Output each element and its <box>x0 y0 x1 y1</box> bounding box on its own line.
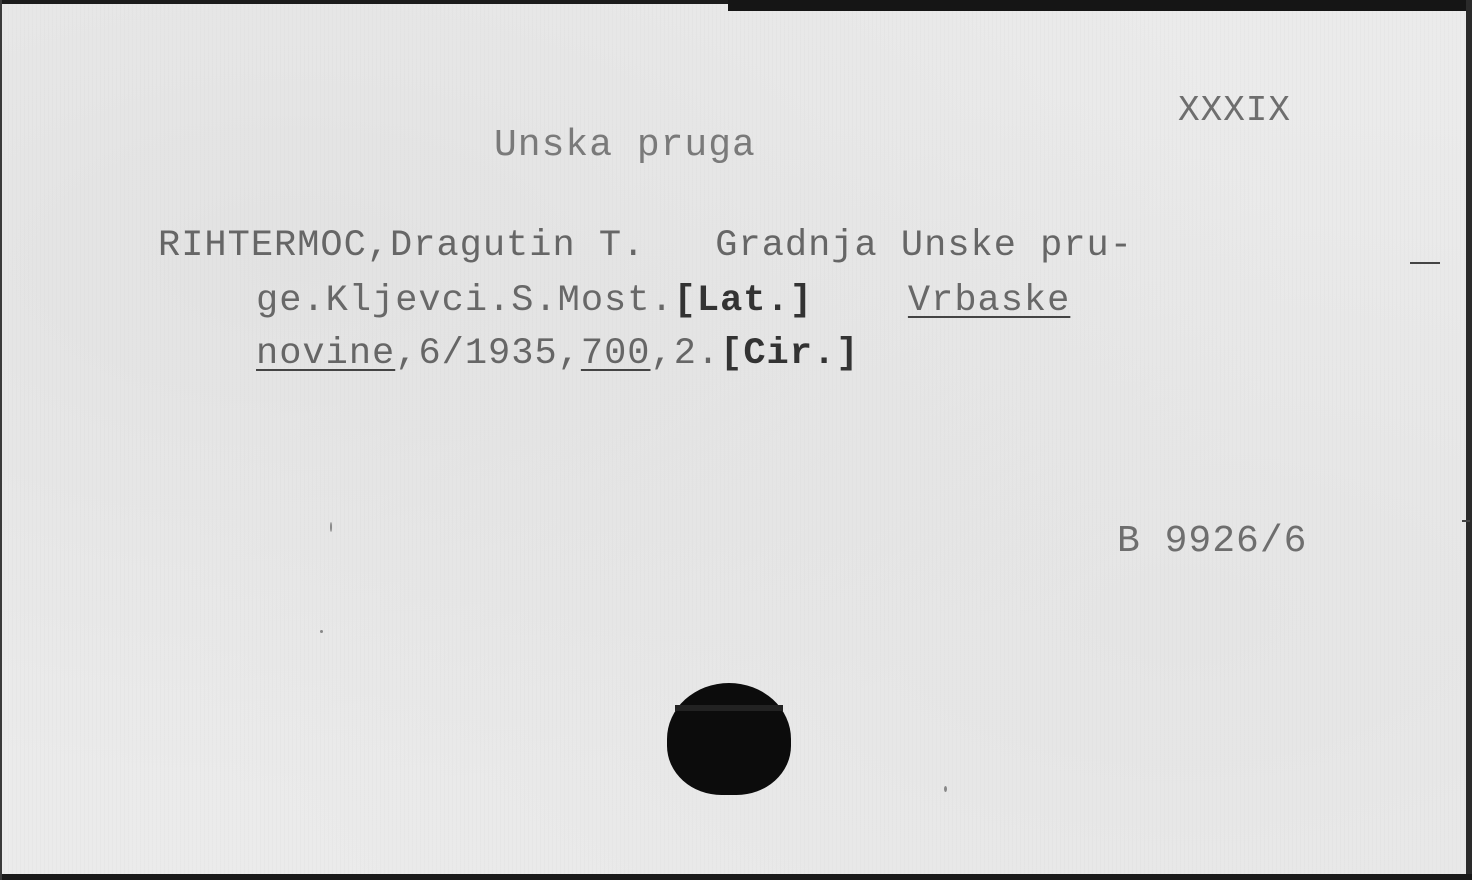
scan-border-left <box>0 0 2 880</box>
issue-year: ,6/1935, <box>395 333 581 375</box>
entry-line-3: novine,6/1935,700,2.[Cir.] <box>256 333 859 375</box>
title-part-2: ge.Kljevci.S.Most. <box>256 280 674 322</box>
script-note-cyrillic: [Cir.] <box>720 333 859 375</box>
scan-border-top-right <box>728 0 1472 11</box>
catalog-card: Unska pruga XXXIX RIHTERMOC,Dragutin T.G… <box>0 0 1472 880</box>
subject-heading: Unska pruga <box>494 124 756 167</box>
entry-line-2: ge.Kljevci.S.Most.[Lat.]Vrbaske <box>256 280 1070 322</box>
scan-speck <box>944 786 947 792</box>
section-number: XXXIX <box>1178 90 1291 131</box>
title-part-1: Gradnja Unske pru- <box>715 225 1133 267</box>
author-name: RIHTERMOC,Dragutin T. <box>158 225 645 267</box>
scan-border-bottom <box>0 874 1472 880</box>
scan-speck <box>320 630 323 633</box>
entry-line-1: RIHTERMOC,Dragutin T.Gradnja Unske pru- <box>158 225 1133 267</box>
punch-hole <box>667 683 791 795</box>
page-number: 700 <box>581 333 651 375</box>
script-note-latin: [Lat.] <box>674 280 813 322</box>
source-title-part-1: Vrbaske <box>908 280 1070 322</box>
source-title-part-2: novine <box>256 333 395 375</box>
scan-border-top-left <box>0 0 730 4</box>
call-number: B 9926/6 <box>1117 520 1307 563</box>
scan-speck <box>330 522 332 532</box>
scan-mark <box>1462 520 1470 522</box>
scan-border-right <box>1466 0 1472 880</box>
scan-mark <box>1410 262 1440 264</box>
column-number: ,2. <box>651 333 721 375</box>
